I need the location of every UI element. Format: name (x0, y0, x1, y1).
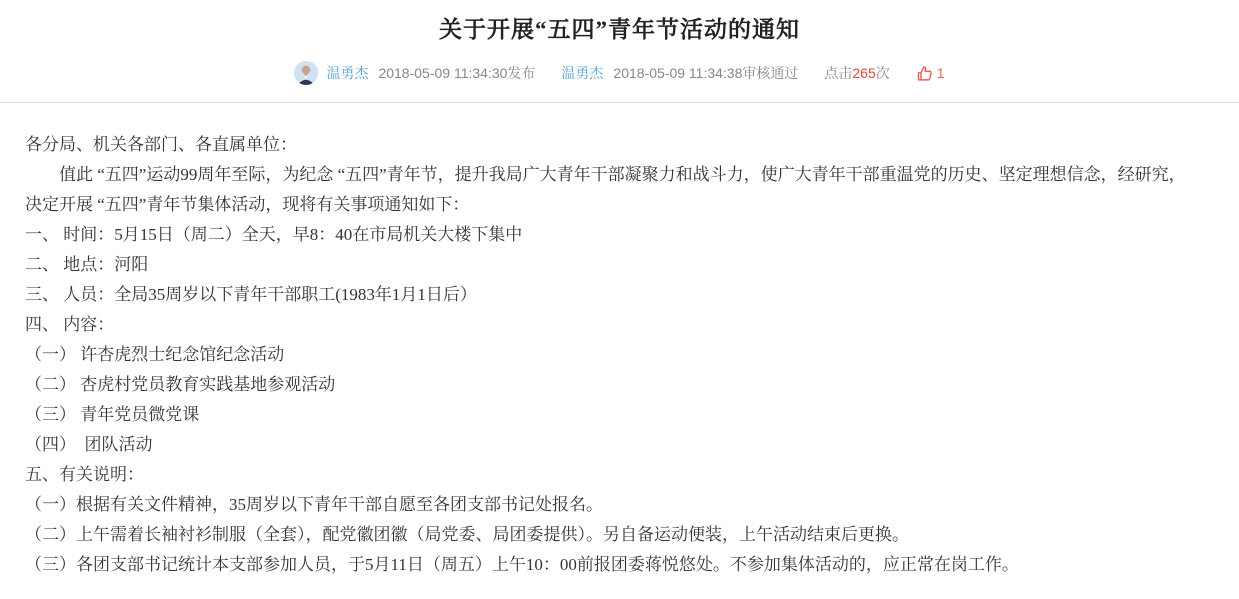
notice-line-activity-1: （一） 许杏虎烈士纪念馆纪念活动 (25, 340, 1194, 370)
thumbs-up-icon (916, 65, 933, 82)
meta-row: 温勇杰 2018-05-09 11:34:30发布 温勇杰 2018-05-09… (0, 61, 1239, 85)
intro-paragraph: 值此 “五四”运动99周年至际，为纪念 “五四”青年节，提升我局广大青年干部凝聚… (25, 160, 1194, 220)
page-title: 关于开展“五四”青年节活动的通知 (0, 14, 1239, 46)
notice-line-content-heading: 四、 内容： (25, 310, 1194, 340)
auditor-link[interactable]: 温勇杰 (561, 63, 603, 83)
notice-line-notes-heading: 五、有关说明： (25, 460, 1194, 490)
notice-line-personnel: 三、 人员：全局35周岁以下青年干部职工(1983年1月1日后） (25, 280, 1194, 310)
hits-count: 265 (852, 65, 875, 81)
notice-body: 各分局、机关各部门、各直属单位： 值此 “五四”运动99周年至际，为纪念 “五四… (0, 103, 1239, 580)
publish-action-label: 发布 (507, 65, 535, 81)
audit-action-label: 审核通过 (742, 65, 798, 81)
salutation-line: 各分局、机关各部门、各直属单位： (25, 130, 1194, 160)
hit-counter: 点击265次 (824, 63, 889, 83)
notice-line-note-2: （二）上午需着长袖衬衫制服（全套），配党徽团徽（局党委、局团委提供）。另自备运动… (25, 520, 1194, 550)
notice-line-activity-4: （四） 团队活动 (25, 430, 1194, 460)
notice-line-time: 一、 时间：5月15日（周二）全天，早8：40在市局机关大楼下集中 (25, 220, 1194, 250)
avatar[interactable] (294, 61, 318, 85)
notice-line-note-3: （三）各团支部书记统计本支部参加人员，于5月11日（周五）上午10：00前报团委… (25, 550, 1194, 580)
like-count: 1 (937, 65, 945, 81)
audit-time: 2018-05-09 11:34:38审核通过 (613, 63, 798, 83)
notice-line-place: 二、 地点：河阳 (25, 250, 1194, 280)
publish-timestamp: 2018-05-09 11:34:30 (378, 65, 507, 81)
publish-time: 2018-05-09 11:34:30发布 (378, 63, 535, 83)
notice-page: 关于开展“五四”青年节活动的通知 温勇杰 2018-05-09 11:34:30… (0, 0, 1239, 599)
notice-line-activity-2: （二） 杏虎村党员教育实践基地参观活动 (25, 370, 1194, 400)
audit-timestamp: 2018-05-09 11:34:38 (613, 65, 742, 81)
notice-line-note-1: （一）根据有关文件精神，35周岁以下青年干部自愿至各团支部书记处报名。 (25, 490, 1194, 520)
hits-suffix-label: 次 (876, 65, 890, 81)
publisher-link[interactable]: 温勇杰 (326, 63, 368, 83)
hits-prefix-label: 点击 (824, 65, 852, 81)
notice-header: 关于开展“五四”青年节活动的通知 温勇杰 2018-05-09 11:34:30… (0, 0, 1239, 103)
notice-line-activity-3: （三） 青年党员微党课 (25, 400, 1194, 430)
like-button[interactable]: 1 (916, 65, 945, 82)
person-photo-avatar (294, 61, 318, 85)
